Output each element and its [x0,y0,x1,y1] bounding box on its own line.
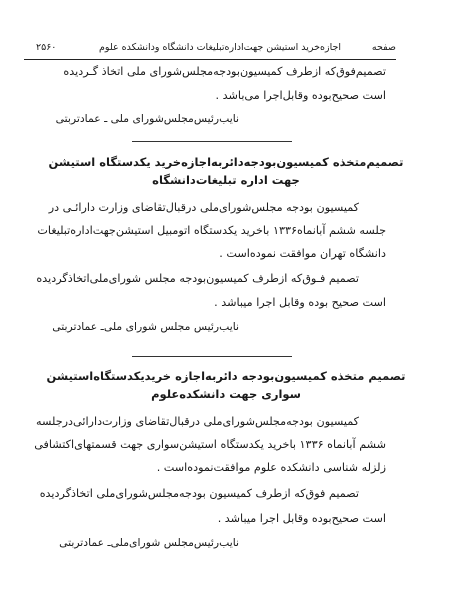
section-1-title-line-1: تصمیم‌متخذه کمیسیون‌بودجه‌دائر‌به‌اجازه‌… [40,153,412,171]
section-divider [132,356,292,357]
section-1-para2-line-2: است صحیح بوده وقابل اجرا میباشد . [214,292,386,314]
continuation-line-1: تصمیم‌فوق‌که ازطرف کمیسیون‌بودجه‌مجلس‌شو… [63,61,386,83]
section-2-title-line-1: تصمیم متخذه کمیسیون‌بودجه دائر‌به‌اجازه … [40,367,412,385]
section-1-para2-line-1: تصمیم فـوق‌که ازطرف کمیسیون‌بودجه مجلس ش… [36,268,359,290]
header-rule [24,59,396,60]
section-2-signature: نایب‌رئیس‌مجلس شورای‌ملی‌ـ عمادتربتی [59,534,239,552]
continuation-line-2: است صحیح‌بوده وقابل‌اجرا می‌باشد . [216,85,386,107]
section-2-para2-line-2: است صحیح‌بوده وقابل اجرا میباشد . [218,508,386,530]
section-1-signature: نایب‌رئیس مجلس شورای ملی‌ـ عمادتربتی [52,318,239,336]
section-2-para1-line-2: ششم آبانماه ۱۳۳۶ باخرید یکدستگاه استیشن‌… [34,434,386,456]
section-2-para2-line-1: تصمیم فوق‌که ازطرف کمیسیون بودجه‌مجلس‌شو… [40,483,359,505]
running-header: صفحه اجازه‌خرید استیشن جهت‌اداره‌تبلیغات… [24,40,396,56]
document-page: صفحه اجازه‌خرید استیشن جهت‌اداره‌تبلیغات… [0,0,454,599]
section-2-para1-line-1: کمیسیون بودجه‌مجلس‌شورای‌ملی درقبال‌تقاض… [36,411,359,433]
page-number: ۲۵۶۰ [36,40,56,56]
section-2-title-line-2: سواری جهت دانشکده‌علوم [40,385,412,403]
section-1-title-line-2: جهت اداره تبلیغات‌دانشگاه [40,171,412,189]
section-1-para1-line-2: جلسه ششم آبانماه۱۳۳۶ باخرید یکدستگاه اتو… [37,220,386,242]
page-label: صفحه [372,40,396,56]
section-1-para1-line-3: دانشگاه تهران موافقت نموده‌است . [219,243,386,265]
running-title: اجازه‌خرید استیشن جهت‌اداره‌تبلیغات دانش… [99,40,341,56]
section-2-para1-line-3: زلزله شناسی دانشکده علوم موافقت‌نموده‌اس… [157,457,386,479]
section-1-para1-line-1: کمیسیون بودجه مجلس‌شورای‌ملی درقبال‌تقاض… [49,197,359,219]
continuation-signature: نایب‌رئیس‌مجلس‌شورای ملی ـ عمادتربتی [56,110,239,128]
section-divider [132,141,292,142]
